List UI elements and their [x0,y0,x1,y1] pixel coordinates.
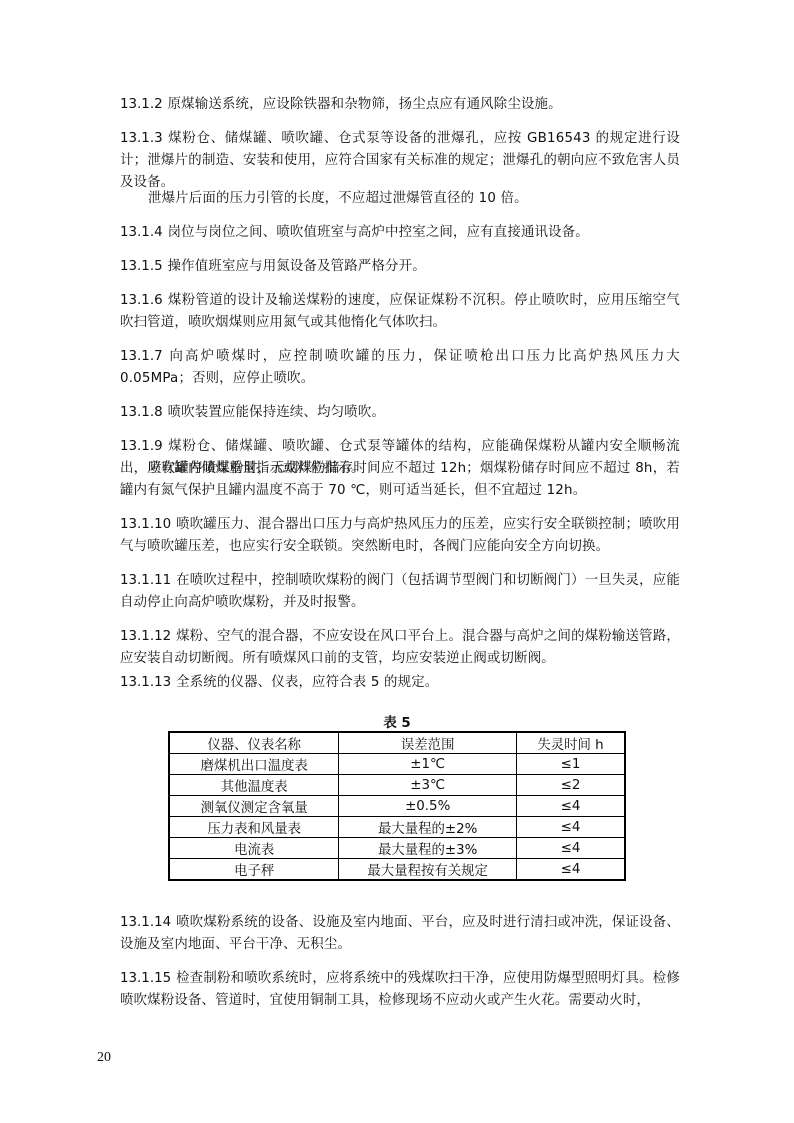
clause-paragraph: 13.1.6煤粉管道的设计及输送煤粉的速度，应保证煤粉不沉积。停止喷吹时，应用压… [120,290,680,334]
cell-range: 最大量程的±2% [339,817,517,838]
clause-number: 13.1.10 [120,517,171,532]
clause-text: 煤粉仓、储煤罐、喷吹罐、仓式泵等设备的泄爆孔，应按 GB16543 的规定进行设… [120,131,680,190]
cell-time: ≤2 [516,775,625,796]
clause-paragraph: 13.1.12煤粉、空气的混合器，不应安设在风口平台上。混合器与高炉之间的煤粉输… [120,626,680,670]
clause-number: 13.1.2 [120,97,163,112]
clause-text: 操作值班室应与用氮设备及管路严格分开。 [168,259,426,274]
clause-number: 13.1.5 [120,259,163,274]
cell-time: ≤4 [516,796,625,817]
clause-paragraph: 13.1.7向高炉喷煤时，应控制喷吹罐的压力，保证喷枪出口压力比高炉热风压力大 … [120,346,680,390]
clause-number: 13.1.6 [120,293,163,308]
cell-range: ±1℃ [339,754,517,775]
clause-text: 喷吹罐停喷煤粉时，无烟煤粉储存时间应不超过 12h；烟煤粉储存时间应不超过 8h… [120,461,680,498]
header-error-range: 误差范围 [339,732,517,754]
cell-range: ±3℃ [339,775,517,796]
table-row: 测氧仪测定含氧量 ±0.5% ≤4 [169,796,625,817]
instrument-table: 仪器、仪表名称 误差范围 失灵时间 h 磨煤机出口温度表 ±1℃ ≤1 其他温度… [168,731,626,881]
table-caption: 表 5 [0,712,794,731]
cell-name: 测氧仪测定含氧量 [169,796,339,817]
clause-text: 煤粉管道的设计及输送煤粉的速度，应保证煤粉不沉积。停止喷吹时，应用压缩空气吹扫管… [120,293,680,330]
cell-name: 压力表和风量表 [169,817,339,838]
header-failure-time: 失灵时间 h [516,732,625,754]
clause-text: 向高炉喷煤时，应控制喷吹罐的压力，保证喷枪出口压力比高炉热风压力大 0.05MP… [120,349,680,386]
clause-text: 检查制粉和喷吹系统时，应将系统中的残煤吹扫干净，应使用防爆型照明灯具。检修喷吹煤… [120,971,680,1008]
table-row: 电流表 最大量程的±3% ≤4 [169,838,625,859]
clause-text: 喷吹罐压力、混合器出口压力与高炉热风压力的压差，应实行安全联锁控制；喷吹用气与喷… [120,517,680,554]
clause-text: 喷吹装置应能保持连续、均匀喷吹。 [168,405,385,420]
clause-paragraph: 13.1.2原煤输送系统，应设除铁器和杂物筛，扬尘点应有通风除尘设施。 [120,94,680,116]
cell-time: ≤4 [516,838,625,859]
table-row: 电子秤 最大量程按有关规定 ≤4 [169,859,625,881]
clause-number: 13.1.9 [120,439,163,454]
cell-name: 电流表 [169,838,339,859]
cell-time: ≤1 [516,754,625,775]
clause-paragraph: 13.1.4岗位与岗位之间、喷吹值班室与高炉中控室之间，应有直接通讯设备。 [120,222,680,244]
cell-range: 最大量程的±3% [339,838,517,859]
clause-text: 煤粉、空气的混合器，不应安设在风口平台上。混合器与高炉之间的煤粉输送管路，应安装… [120,629,680,666]
clause-number: 13.1.11 [120,573,171,588]
clause-number: 13.1.3 [120,131,163,146]
page-number: 20 [97,1050,111,1066]
clause-number: 13.1.8 [120,405,163,420]
clause-number: 13.1.4 [120,225,163,240]
clause-paragraph: 喷吹罐停喷煤粉时，无烟煤粉储存时间应不超过 12h；烟煤粉储存时间应不超过 8h… [120,458,680,502]
clause-number: 13.1.7 [120,349,163,364]
clause-text: 在喷吹过程中，控制喷吹煤粉的阀门（包括调节型阀门和切断阀门）一旦失灵，应能自动停… [120,573,680,610]
clause-number: 13.1.14 [120,915,171,930]
clause-text: 全系统的仪器、仪表，应符合表 5 的规定。 [176,675,438,690]
cell-time: ≤4 [516,817,625,838]
clause-paragraph: 13.1.3煤粉仓、储煤罐、喷吹罐、仓式泵等设备的泄爆孔，应按 GB16543 … [120,128,680,194]
clause-paragraph: 13.1.15检查制粉和喷吹系统时，应将系统中的残煤吹扫干净，应使用防爆型照明灯… [120,968,680,1012]
clause-paragraph: 13.1.5操作值班室应与用氮设备及管路严格分开。 [120,256,680,278]
clause-number: 13.1.15 [120,971,171,986]
clause-text: 原煤输送系统，应设除铁器和杂物筛，扬尘点应有通风除尘设施。 [168,97,562,112]
clause-number: 13.1.13 [120,675,171,690]
clause-paragraph: 13.1.13全系统的仪器、仪表，应符合表 5 的规定。 [120,672,680,694]
clause-text: 岗位与岗位之间、喷吹值班室与高炉中控室之间，应有直接通讯设备。 [168,225,589,240]
clause-number: 13.1.12 [120,629,171,644]
document-page: 13.1.2原煤输送系统，应设除铁器和杂物筛，扬尘点应有通风除尘设施。13.1.… [0,0,794,1123]
header-instrument-name: 仪器、仪表名称 [169,732,339,754]
clause-paragraph: 13.1.11在喷吹过程中，控制喷吹煤粉的阀门（包括调节型阀门和切断阀门）一旦失… [120,570,680,614]
clause-text: 泄爆片后面的压力引管的长度，不应超过泄爆管直径的 10 倍。 [148,191,528,206]
cell-name: 其他温度表 [169,775,339,796]
table-row: 压力表和风量表 最大量程的±2% ≤4 [169,817,625,838]
cell-range: 最大量程按有关规定 [339,859,517,881]
clause-paragraph: 泄爆片后面的压力引管的长度，不应超过泄爆管直径的 10 倍。 [120,188,680,210]
clause-paragraph: 13.1.8喷吹装置应能保持连续、均匀喷吹。 [120,402,680,424]
cell-name: 磨煤机出口温度表 [169,754,339,775]
table-row: 其他温度表 ±3℃ ≤2 [169,775,625,796]
clause-paragraph: 13.1.14喷吹煤粉系统的设备、设施及室内地面、平台，应及时进行清扫或冲洗，保… [120,912,680,956]
cell-range: ±0.5% [339,796,517,817]
clause-paragraph: 13.1.10喷吹罐压力、混合器出口压力与高炉热风压力的压差，应实行安全联锁控制… [120,514,680,558]
table-row: 磨煤机出口温度表 ±1℃ ≤1 [169,754,625,775]
table-header-row: 仪器、仪表名称 误差范围 失灵时间 h [169,732,625,754]
cell-time: ≤4 [516,859,625,881]
cell-name: 电子秤 [169,859,339,881]
clause-text: 喷吹煤粉系统的设备、设施及室内地面、平台，应及时进行清扫或冲洗，保证设备、设施及… [120,915,680,952]
